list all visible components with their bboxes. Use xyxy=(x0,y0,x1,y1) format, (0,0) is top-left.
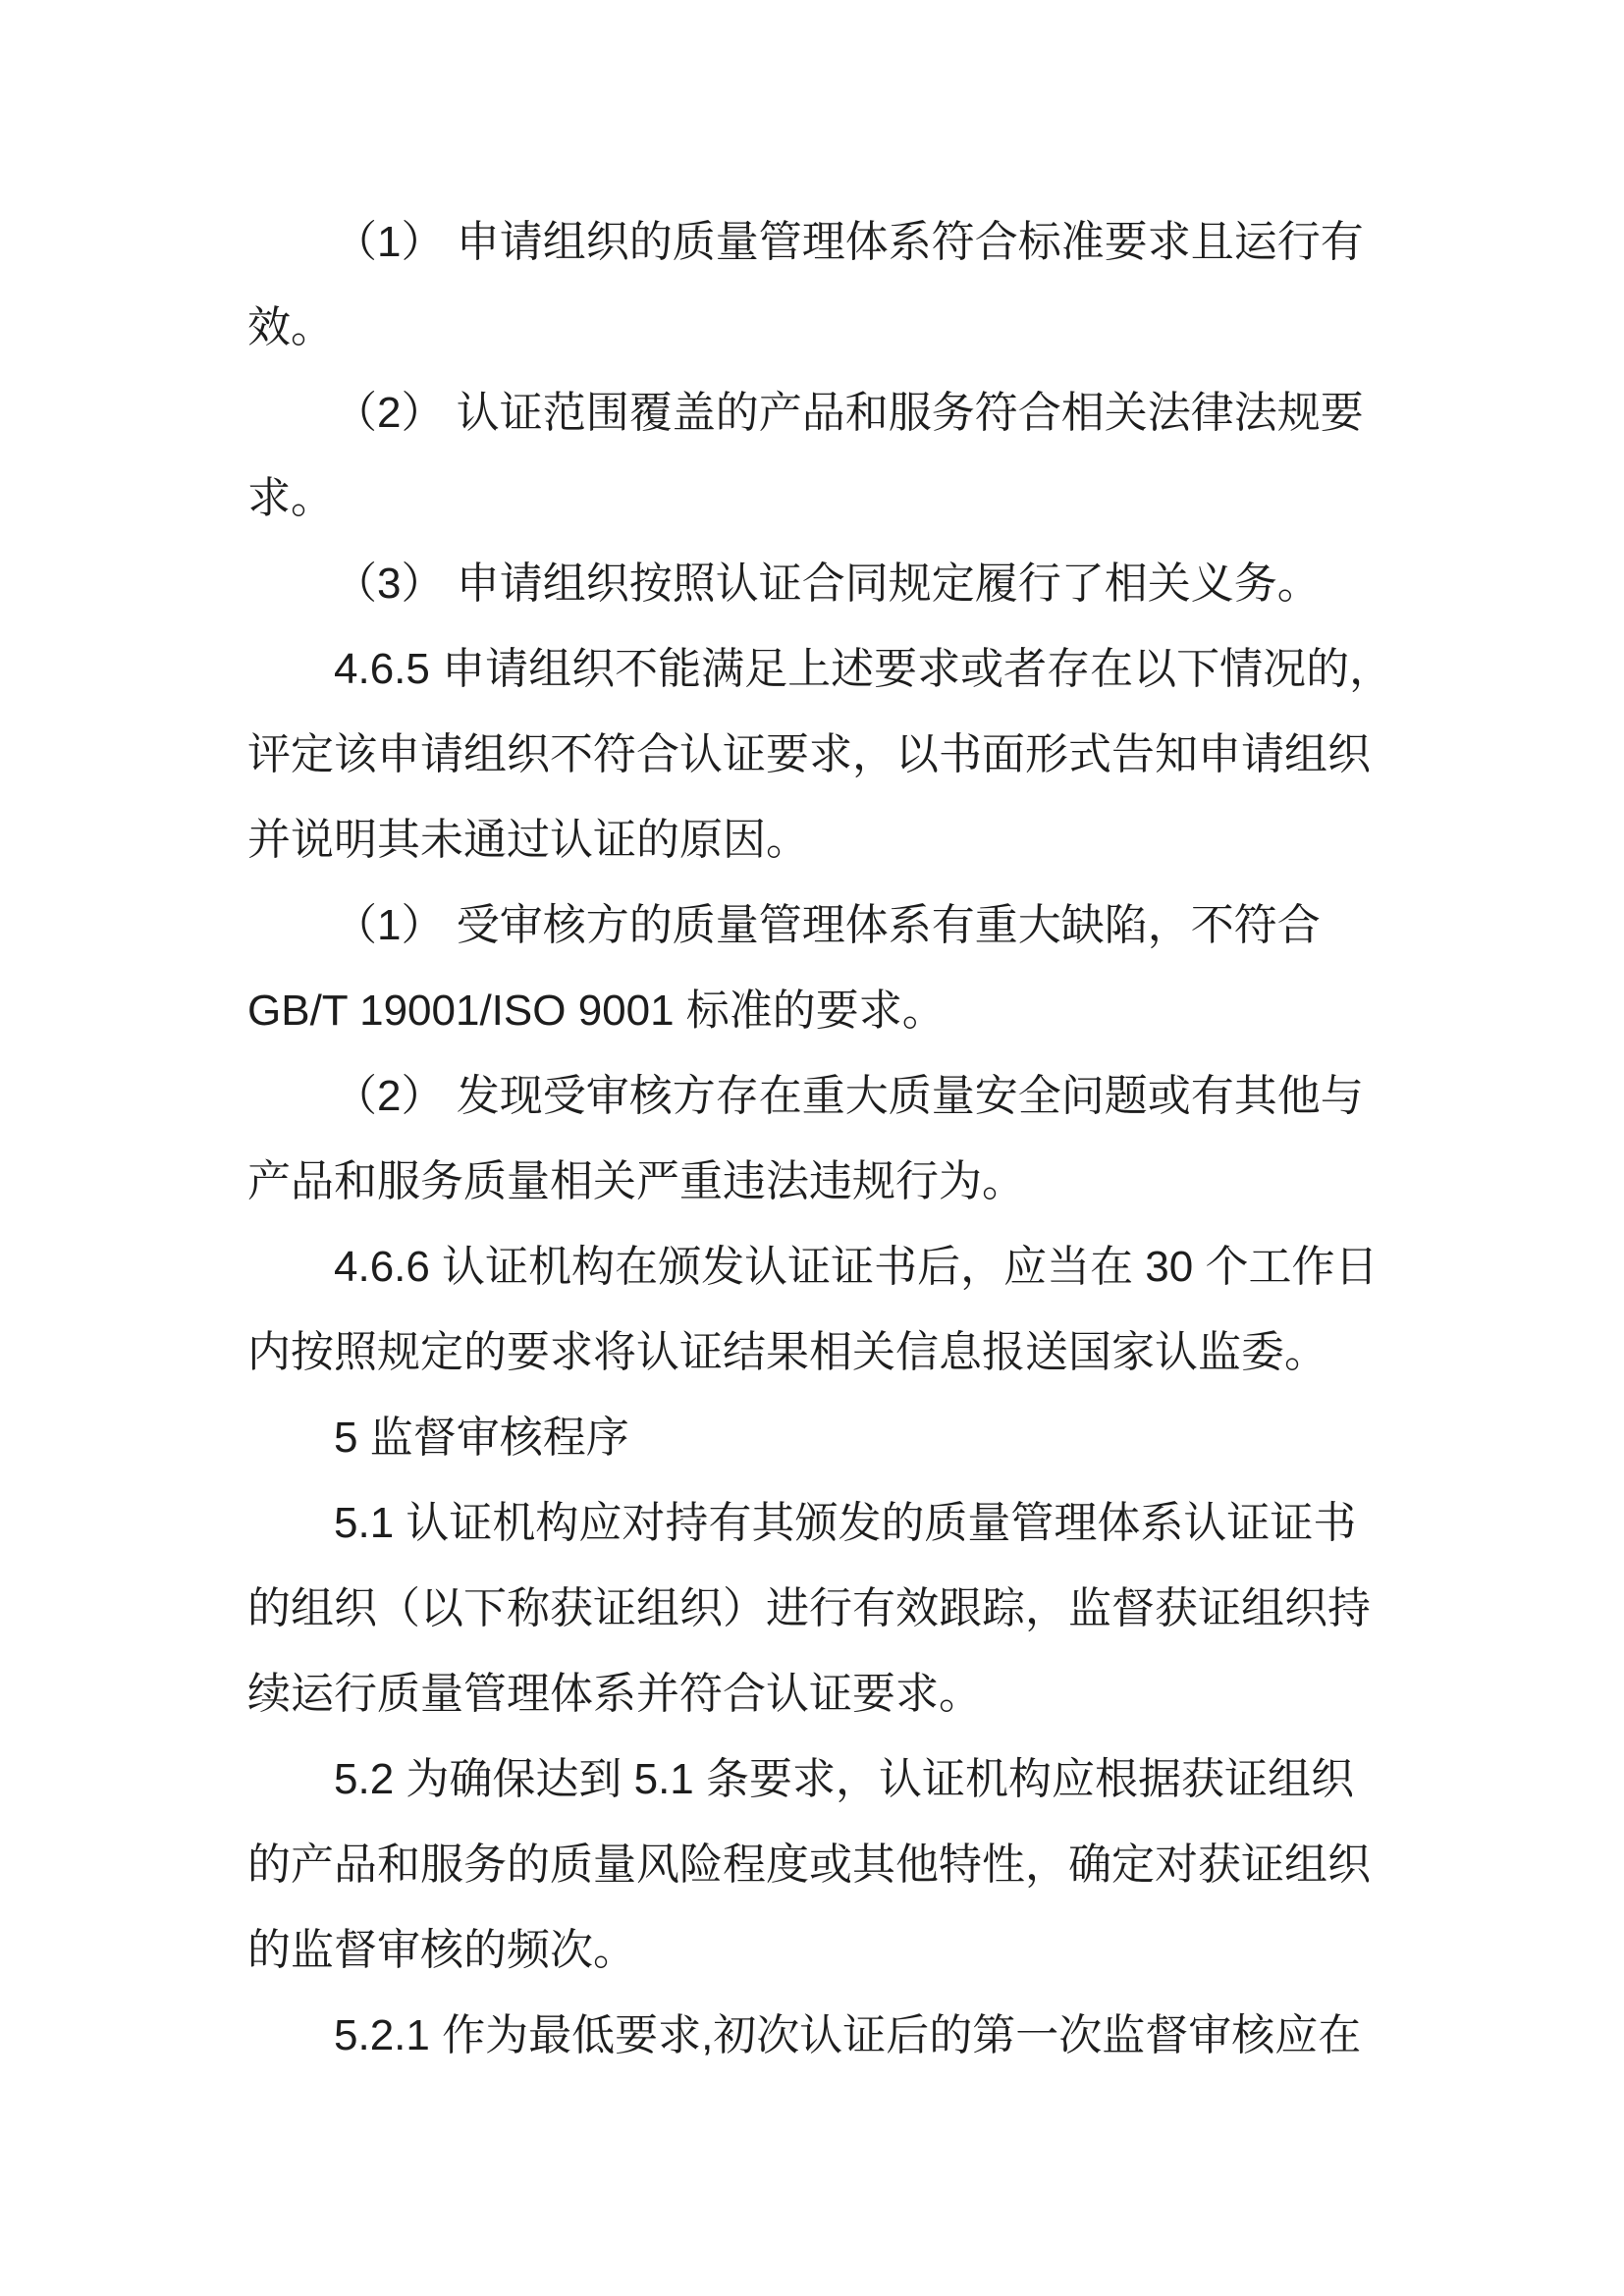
text-line: GB/T 19001/ISO 9001 标准的要求。 xyxy=(247,968,1391,1053)
text-line: 5 监督审核程序 xyxy=(247,1395,1391,1480)
text-line: 的组织（以下称获证组织）进行有效跟踪，监督获证组织持 xyxy=(247,1566,1391,1651)
text-line: （3） 申请组织按照认证合同规定履行了相关义务。 xyxy=(247,541,1391,626)
text-line: 的监督审核的频次。 xyxy=(247,1907,1391,1993)
text-line: 4.6.5 申请组织不能满足上述要求或者存在以下情况的， xyxy=(247,626,1391,712)
text-line: 求。 xyxy=(247,455,1391,541)
document-body-text: （1） 申请组织的质量管理体系符合标准要求且运行有效。（2） 认证范围覆盖的产品… xyxy=(247,199,1391,2078)
text-line: 效。 xyxy=(247,285,1391,370)
text-line: 4.6.6 认证机构在颁发认证证书后，应当在 30 个工作日 xyxy=(247,1224,1391,1309)
text-line: 续运行质量管理体系并符合认证要求。 xyxy=(247,1651,1391,1736)
text-line: 5.2.1 作为最低要求,初次认证后的第一次监督审核应在 xyxy=(247,1993,1391,2078)
text-line: 的产品和服务的质量风险程度或其他特性，确定对获证组织 xyxy=(247,1822,1391,1907)
text-line: （2） 认证范围覆盖的产品和服务符合相关法律法规要 xyxy=(247,370,1391,455)
text-line: 评定该申请组织不符合认证要求，以书面形式告知申请组织 xyxy=(247,712,1391,797)
text-line: 并说明其未通过认证的原因。 xyxy=(247,797,1391,882)
document-page: （1） 申请组织的质量管理体系符合标准要求且运行有效。（2） 认证范围覆盖的产品… xyxy=(0,0,1624,2296)
text-line: （1） 受审核方的质量管理体系有重大缺陷，不符合 xyxy=(247,882,1391,968)
text-line: （1） 申请组织的质量管理体系符合标准要求且运行有 xyxy=(247,199,1391,285)
text-line: 5.2 为确保达到 5.1 条要求，认证机构应根据获证组织 xyxy=(247,1736,1391,1822)
text-line: 产品和服务质量相关严重违法违规行为。 xyxy=(247,1139,1391,1224)
text-line: （2） 发现受审核方存在重大质量安全问题或有其他与 xyxy=(247,1053,1391,1139)
text-line: 5.1 认证机构应对持有其颁发的质量管理体系认证证书 xyxy=(247,1480,1391,1566)
text-line: 内按照规定的要求将认证结果相关信息报送国家认监委。 xyxy=(247,1309,1391,1395)
